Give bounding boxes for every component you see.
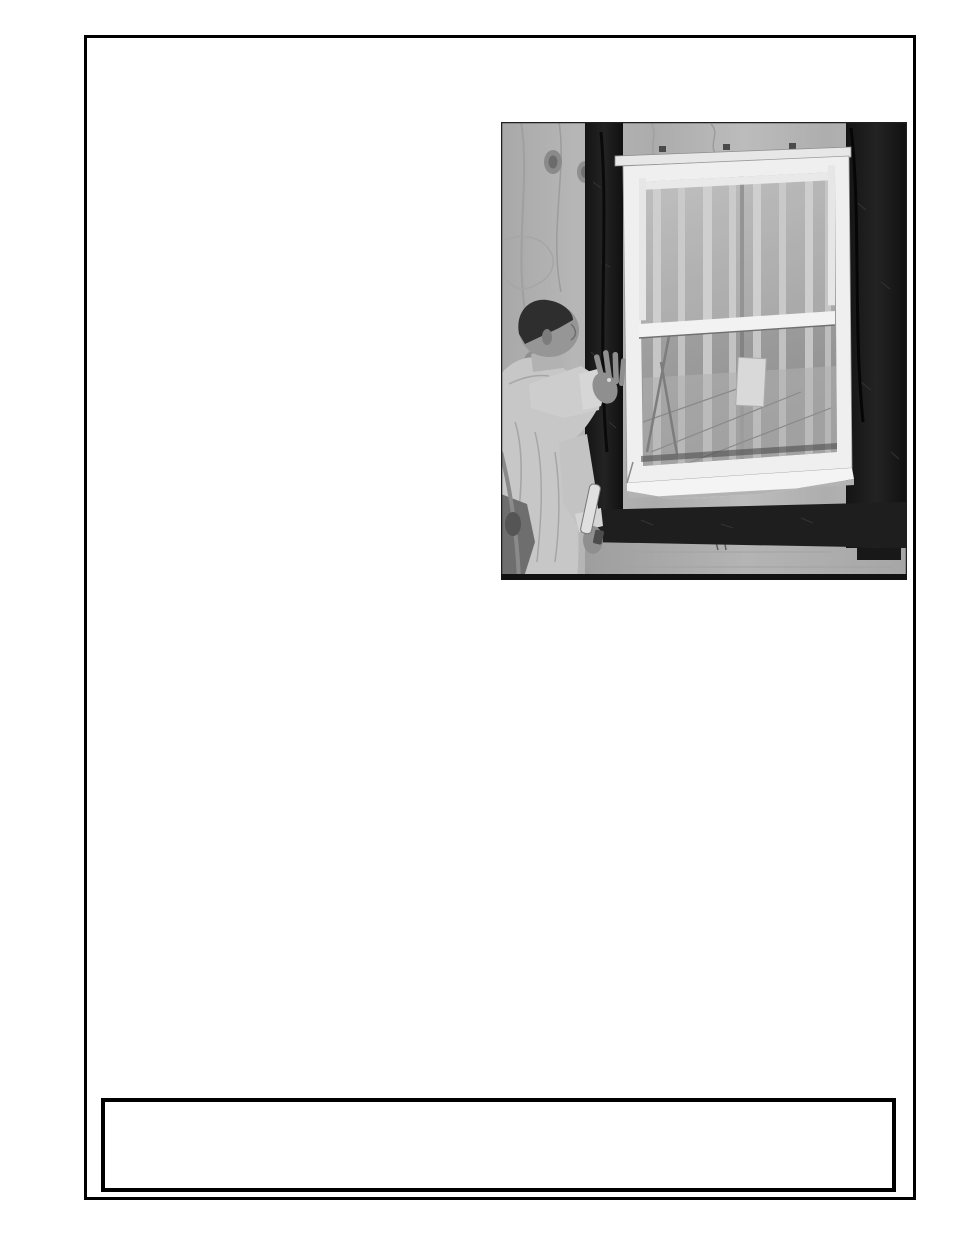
ring <box>607 378 611 382</box>
window-installation-photo <box>501 122 907 580</box>
caption-box <box>101 1098 896 1192</box>
vinyl-window <box>615 143 854 499</box>
upper-sash-left-stile <box>639 178 646 320</box>
upper-sash-right-stile <box>828 165 835 305</box>
photo-canvas <box>501 122 907 580</box>
felt-strip-bottom <box>585 502 907 548</box>
glass-label-sticker <box>736 357 766 406</box>
document-page <box>0 0 954 1235</box>
ear <box>542 329 552 345</box>
caption-text <box>105 1102 892 1188</box>
felt-strip-right-bottom <box>857 548 901 560</box>
